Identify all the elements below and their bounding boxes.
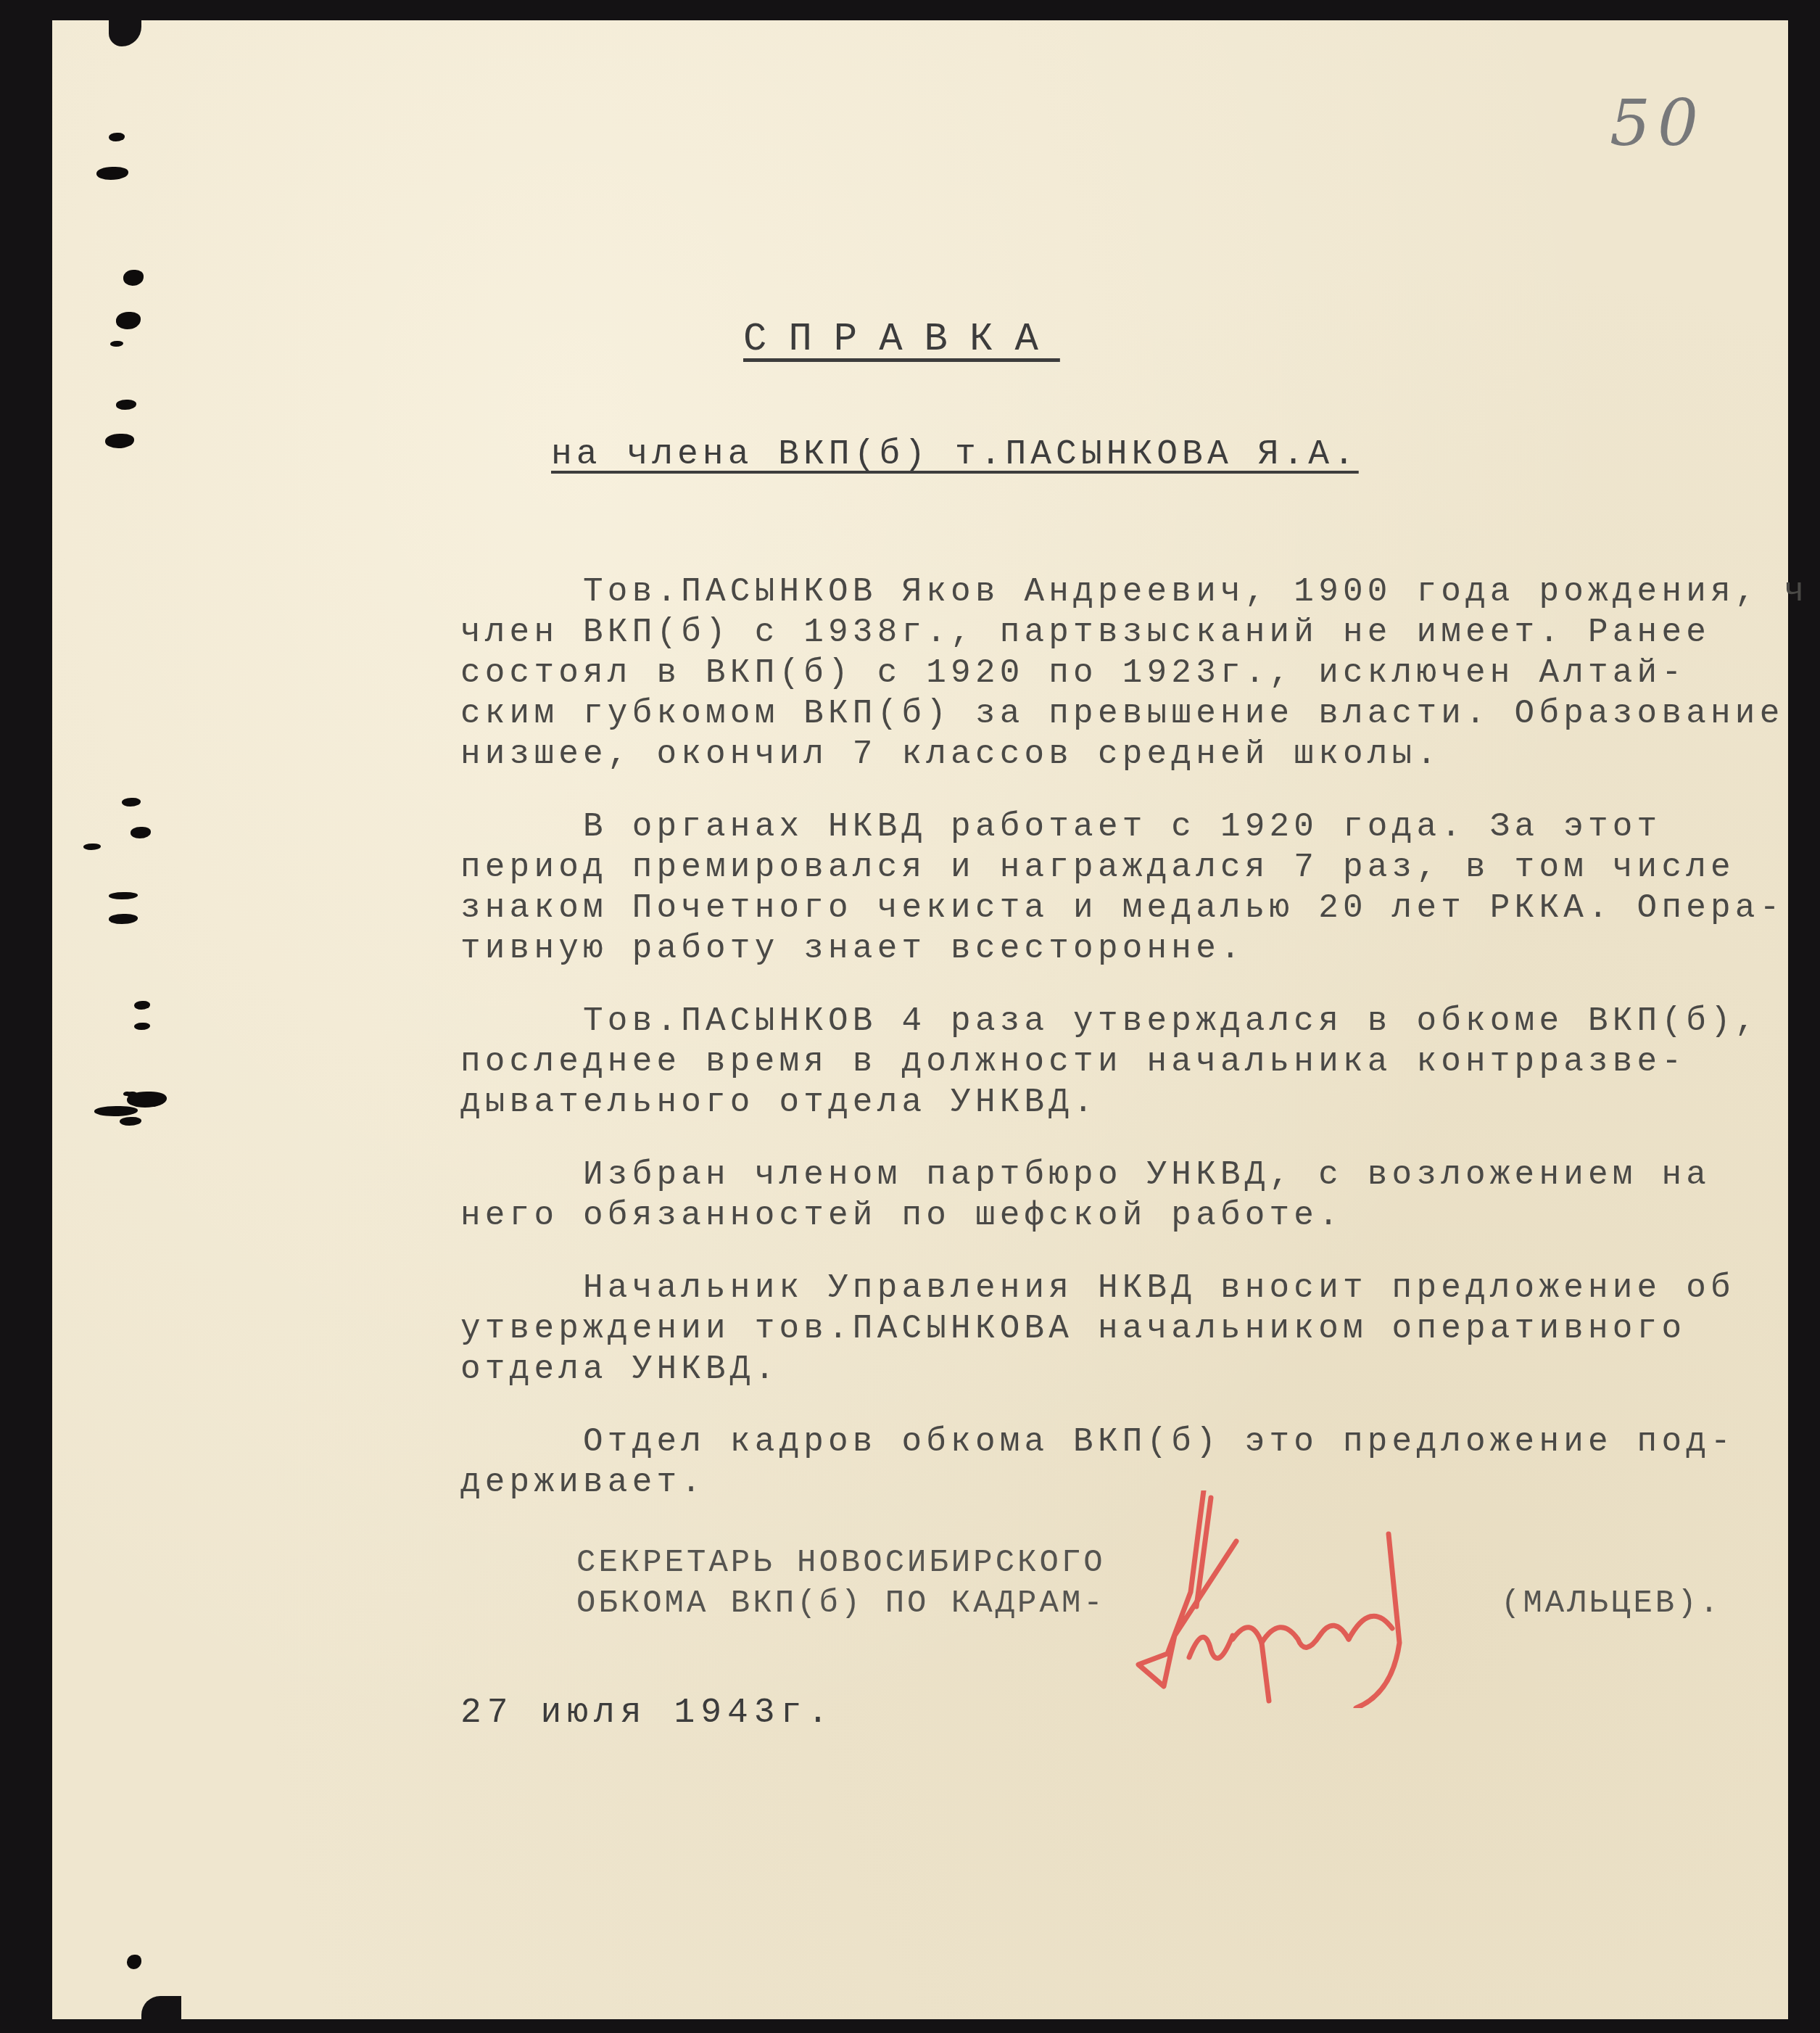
text-line: В органах НКВД работает с 1920 года. За … — [460, 808, 1766, 849]
text-line: утверждении тов.ПАСЫНКОВА начальником оп… — [460, 1310, 1766, 1350]
text-line: Отдел кадров обкома ВКП(б) это предложен… — [460, 1423, 1766, 1464]
document-subtitle: на члена ВКП(б) т.ПАСЫНКОВА Я.А. — [551, 435, 1359, 474]
signatory-title-line2: ОБКОМА ВКП(б) ПО КАДРАМ- — [576, 1585, 1106, 1622]
paragraph-support: Отдел кадров обкома ВКП(б) это предложен… — [460, 1423, 1766, 1504]
text-line: него обязанностей по шефской работе. — [460, 1197, 1766, 1237]
text-line: состоял в ВКП(б) с 1920 по 1923г., исклю… — [460, 654, 1766, 695]
text-line: дывательного отдела УНКВД. — [460, 1084, 1766, 1124]
text-line: тивную работу знает всесторонне. — [460, 930, 1766, 970]
text-line: знаком Почетного чекиста и медалью 20 ле… — [460, 889, 1766, 930]
text-line: последнее время в должности начальника к… — [460, 1043, 1766, 1084]
signatory-title-line1: СЕКРЕТАРЬ НОВОСИБИРСКОГО — [576, 1545, 1106, 1581]
paragraph-proposal: Начальник Управления НКВД вносит предлож… — [460, 1269, 1766, 1391]
archive-page-number: 50 — [1610, 86, 1705, 160]
paragraph-party-bureau: Избран членом партбюро УНКВД, с возложен… — [460, 1156, 1766, 1237]
text-line: Начальник Управления НКВД вносит предлож… — [460, 1269, 1766, 1310]
paragraph-service: В органах НКВД работает с 1920 года. За … — [460, 808, 1766, 970]
document-title: СПРАВКА — [743, 318, 1060, 362]
signatory-name: (МАЛЬЦЕВ). — [1501, 1585, 1721, 1622]
text-line: низшее, окончил 7 классов средней школы. — [460, 735, 1766, 776]
text-line: член ВКП(б) с 1938г., партвзысканий не и… — [460, 614, 1766, 654]
text-line: ским губкомом ВКП(б) за превышение власт… — [460, 695, 1766, 735]
text-line: Тов.ПАСЫНКОВ 4 раза утверждался в обкоме… — [460, 1002, 1766, 1043]
document-body: Тов.ПАСЫНКОВ Яков Андреевич, 1900 года р… — [460, 573, 1766, 1536]
text-line: держивает. — [460, 1464, 1766, 1504]
paragraph-biography: Тов.ПАСЫНКОВ Яков Андреевич, 1900 года р… — [460, 573, 1766, 776]
text-line: отдела УНКВД. — [460, 1350, 1766, 1391]
document-date: 27 июля 1943г. — [460, 1694, 834, 1733]
paper-tear-bottom — [141, 1996, 181, 2025]
text-line: Тов.ПАСЫНКОВ Яков Андреевич, 1900 года р… — [460, 573, 1766, 614]
text-line: Избран членом партбюро УНКВД, с возложен… — [460, 1156, 1766, 1197]
text-line: период премировался и награждался 7 раз,… — [460, 849, 1766, 889]
paragraph-approvals: Тов.ПАСЫНКОВ 4 раза утверждался в обкоме… — [460, 1002, 1766, 1124]
handwritten-signature — [1124, 1490, 1530, 1708]
